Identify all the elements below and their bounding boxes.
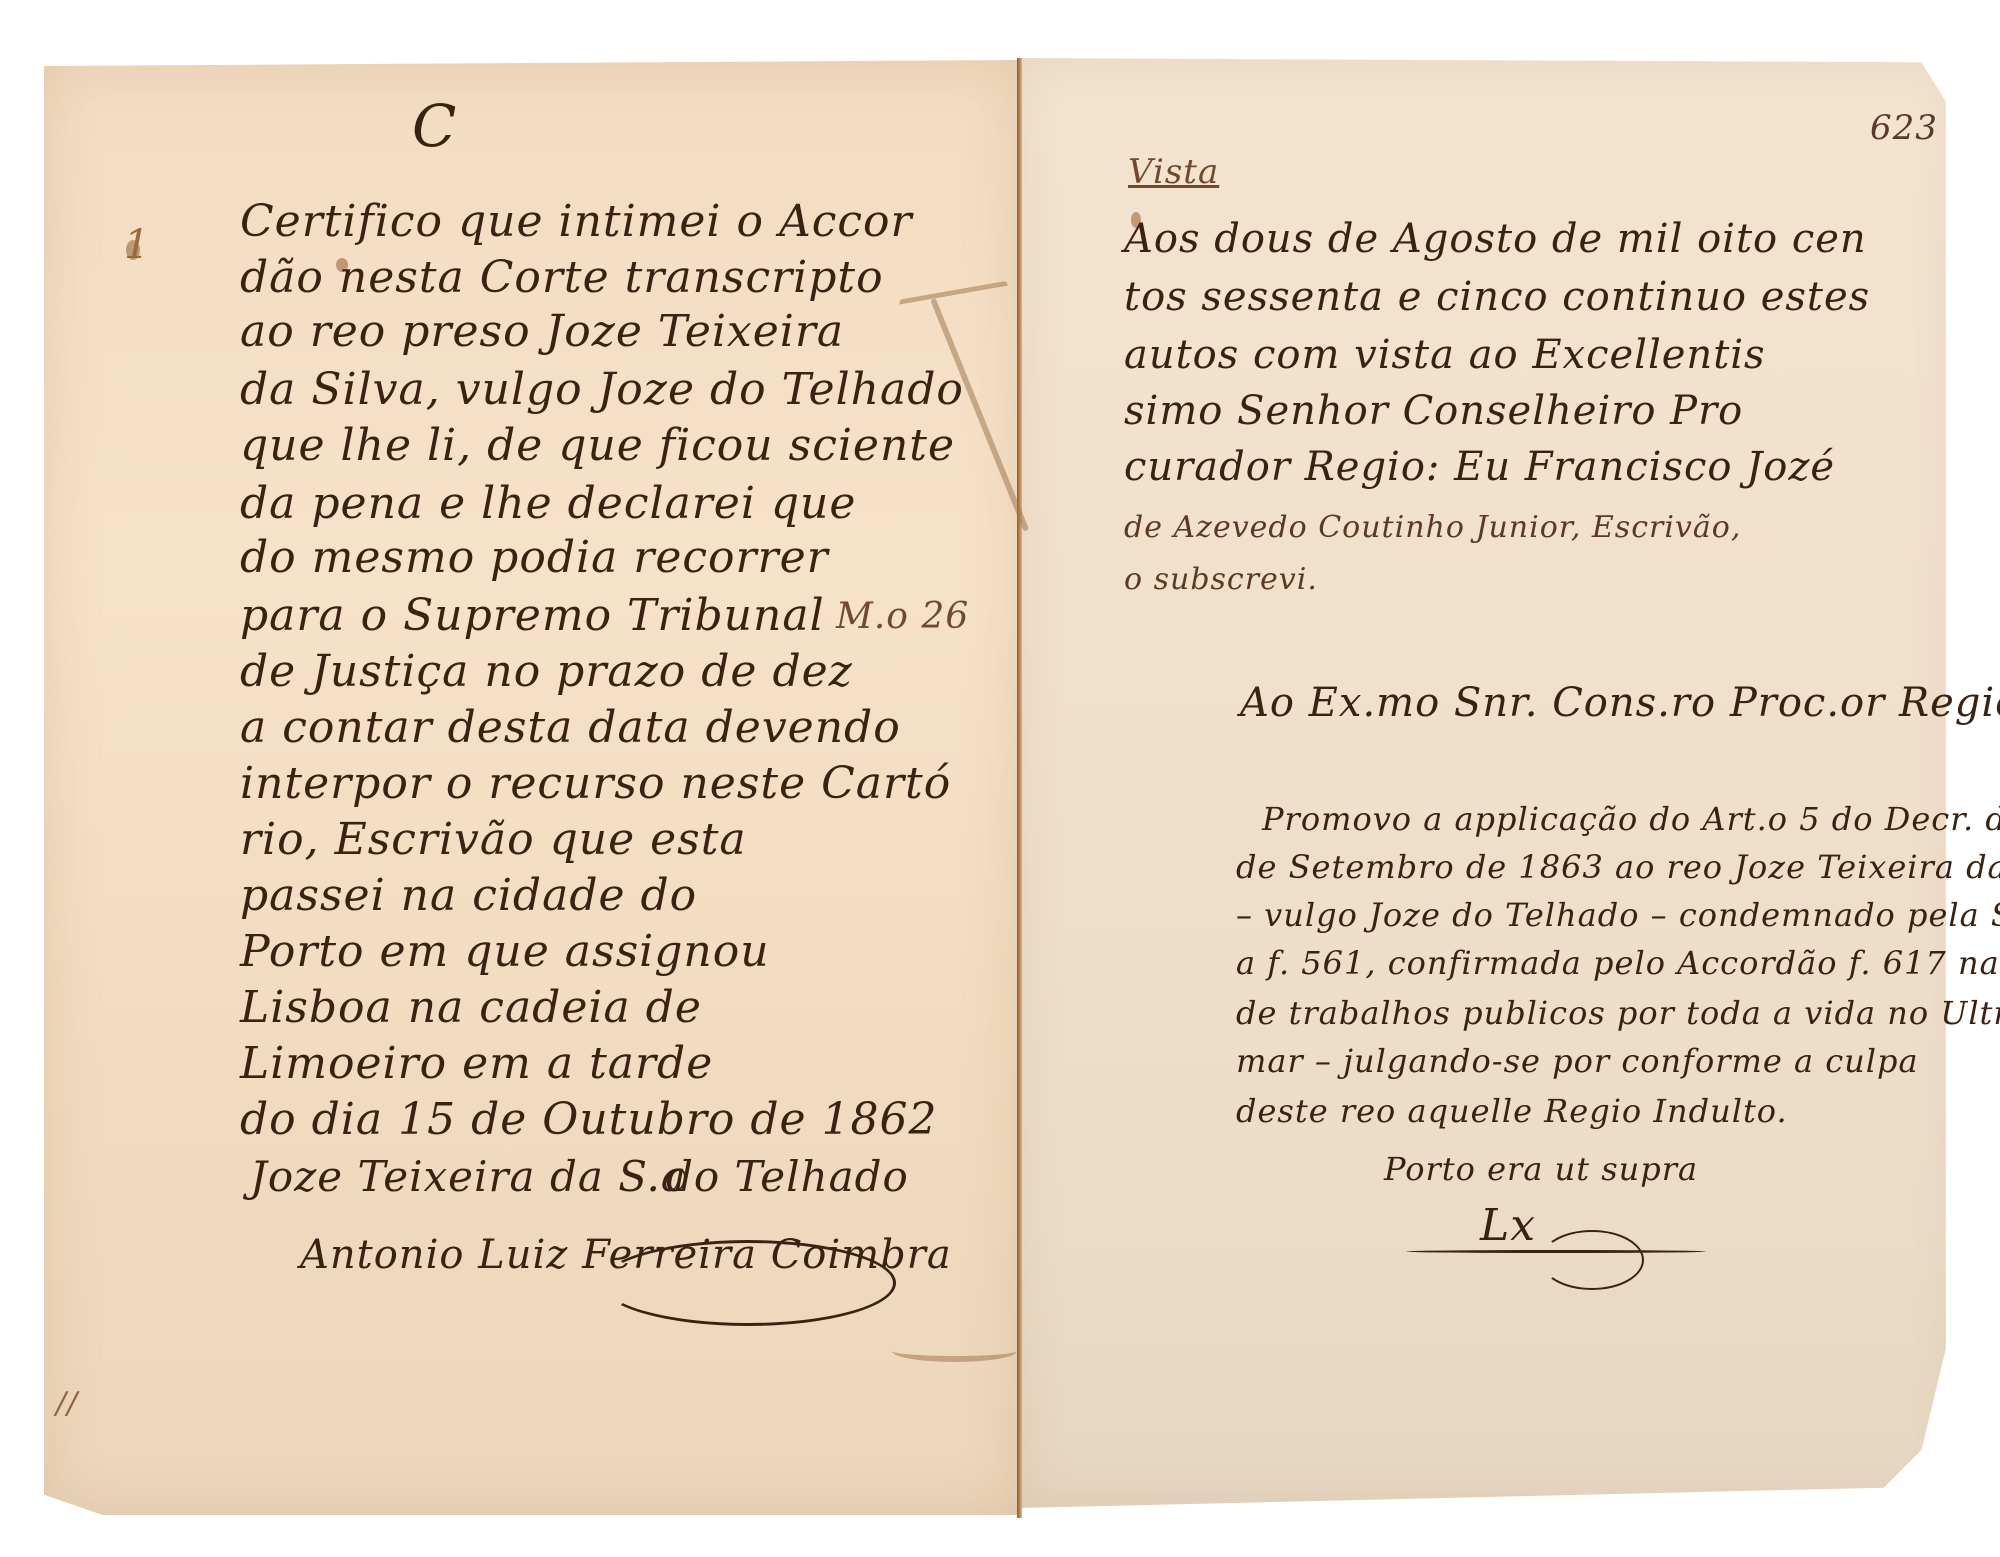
text-line: Aos dous de Agosto de mil oito cen	[1124, 216, 1867, 262]
text-line: interpor o recurso neste Cartó	[240, 758, 951, 809]
text-line: o subscrevi.	[1124, 562, 1318, 597]
text-line: tos sessenta e cinco continuo estes	[1124, 274, 1870, 320]
text-line: – vulgo Joze do Telhado – condemnado pel…	[1236, 896, 2000, 934]
text-line: Certifico que intimei o Accor	[240, 196, 913, 247]
text-line: deste reo aquelle Regio Indulto.	[1236, 1092, 1788, 1130]
text-line: de trabalhos publicos por toda a vida no…	[1236, 994, 2000, 1032]
text-line: do dia 15 de Outubro de 1862	[240, 1094, 938, 1145]
signature-flourish	[600, 1240, 896, 1326]
text-line: rio, Escrivão que esta	[240, 814, 747, 865]
text-line: passei na cidade do	[240, 870, 697, 921]
left-margin-mark: 1	[124, 222, 150, 268]
text-line: para o Supremo Tribunal	[240, 590, 825, 641]
book-spine	[1017, 58, 1022, 1518]
text-line: Lisboa na cadeia de	[240, 982, 702, 1033]
folio-number: 623	[1870, 108, 1938, 148]
text-line: a contar desta data devendo	[240, 702, 901, 753]
text-line: da pena e lhe declarei que	[240, 478, 856, 529]
text-line: curador Regio: Eu Francisco Jozé	[1124, 444, 1835, 490]
text-line: Promovo a applicação do Art.o 5 do Decr.…	[1262, 800, 2000, 838]
marginal-note: M.o 26	[836, 596, 969, 637]
text-line: simo Senhor Conselheiro Pro	[1124, 388, 1743, 434]
left-header-mark: C	[412, 92, 457, 160]
text-line: de Azevedo Coutinho Junior, Escrivão,	[1124, 510, 1741, 545]
text-line: dão nesta Corte transcripto	[240, 252, 884, 303]
binding-string-bottom	[892, 1340, 1017, 1362]
signature-telhado: do Telhado	[666, 1152, 909, 1201]
text-line: de Justiça no prazo de dez	[240, 646, 853, 697]
address-line: Ao Ex.mo Snr. Cons.ro Proc.or Regio	[1240, 680, 2000, 726]
corner-marks: //	[56, 1386, 78, 1421]
vista-heading: Vista	[1128, 152, 1219, 192]
text-line: mar – julgando-se por conforme a culpa	[1236, 1042, 1919, 1080]
text-line: ao reo preso Joze Teixeira	[240, 306, 844, 357]
signature-reu: Joze Teixeira da S.a	[250, 1152, 687, 1201]
text-line: Porto em que assignou	[240, 926, 770, 977]
text-line: a f. 561, confirmada pelo Accordão f. 61…	[1236, 944, 2000, 982]
text-line: autos com vista ao Excellentis	[1124, 332, 1766, 378]
closing-line: Porto era ut supra	[1384, 1150, 1698, 1188]
text-line: de Setembro de 1863 ao reo Joze Teixeira…	[1236, 848, 2000, 886]
text-line: do mesmo podia recorrer	[240, 532, 829, 583]
text-line: que lhe li, de que ficou sciente	[240, 420, 955, 471]
text-line: Limoeiro em a tarde	[240, 1038, 713, 1089]
prosecutor-signature: Lx	[1480, 1200, 1536, 1251]
text-line: da Silva, vulgo Joze do Telhado	[240, 364, 964, 415]
signature-flourish	[1540, 1230, 1644, 1290]
